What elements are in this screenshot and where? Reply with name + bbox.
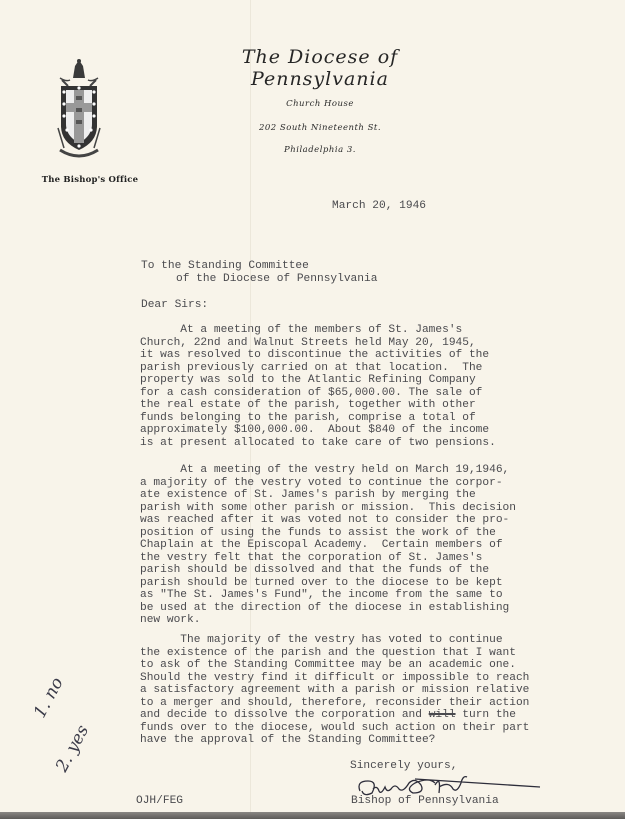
body-paragraph-2: At a meeting of the vestry held on March… [140,464,516,627]
coat-of-arms-icon [54,58,104,170]
page-bottom-edge [0,812,625,819]
handwritten-note-1: 1. no [30,674,68,721]
struck-word: will [429,709,456,721]
closing: Sincerely yours, [350,760,457,773]
handwritten-note-2: 2. yes [52,722,93,776]
addressee-line1: To the Standing Committee [141,260,309,273]
reference-initials: OJH/FEG [136,795,183,808]
letter-page: The Bishop's Office The Diocese of Penns… [0,0,625,812]
salutation: Dear Sirs: [141,299,208,312]
letter-date: March 20, 1946 [332,200,426,213]
letterhead-title: The Diocese of Pennsylvania [170,46,470,90]
addressee-line2: of the Diocese of Pennsylvania [176,273,377,286]
body-paragraph-3: The majority of the vestry has voted to … [140,634,529,747]
letterhead-address-line3: Philadelphia 3. [220,145,420,155]
bishops-office-label: The Bishop's Office [40,175,140,185]
paragraph-3-text: The majority of the vestry has voted to … [140,634,529,721]
body-paragraph-1: At a meeting of the members of St. James… [140,324,496,449]
letterhead-address-line1: Church House [220,99,420,109]
letterhead-address-line2: 202 South Nineteenth St. [220,123,420,133]
signer-title: Bishop of Pennsylvania [351,795,499,808]
